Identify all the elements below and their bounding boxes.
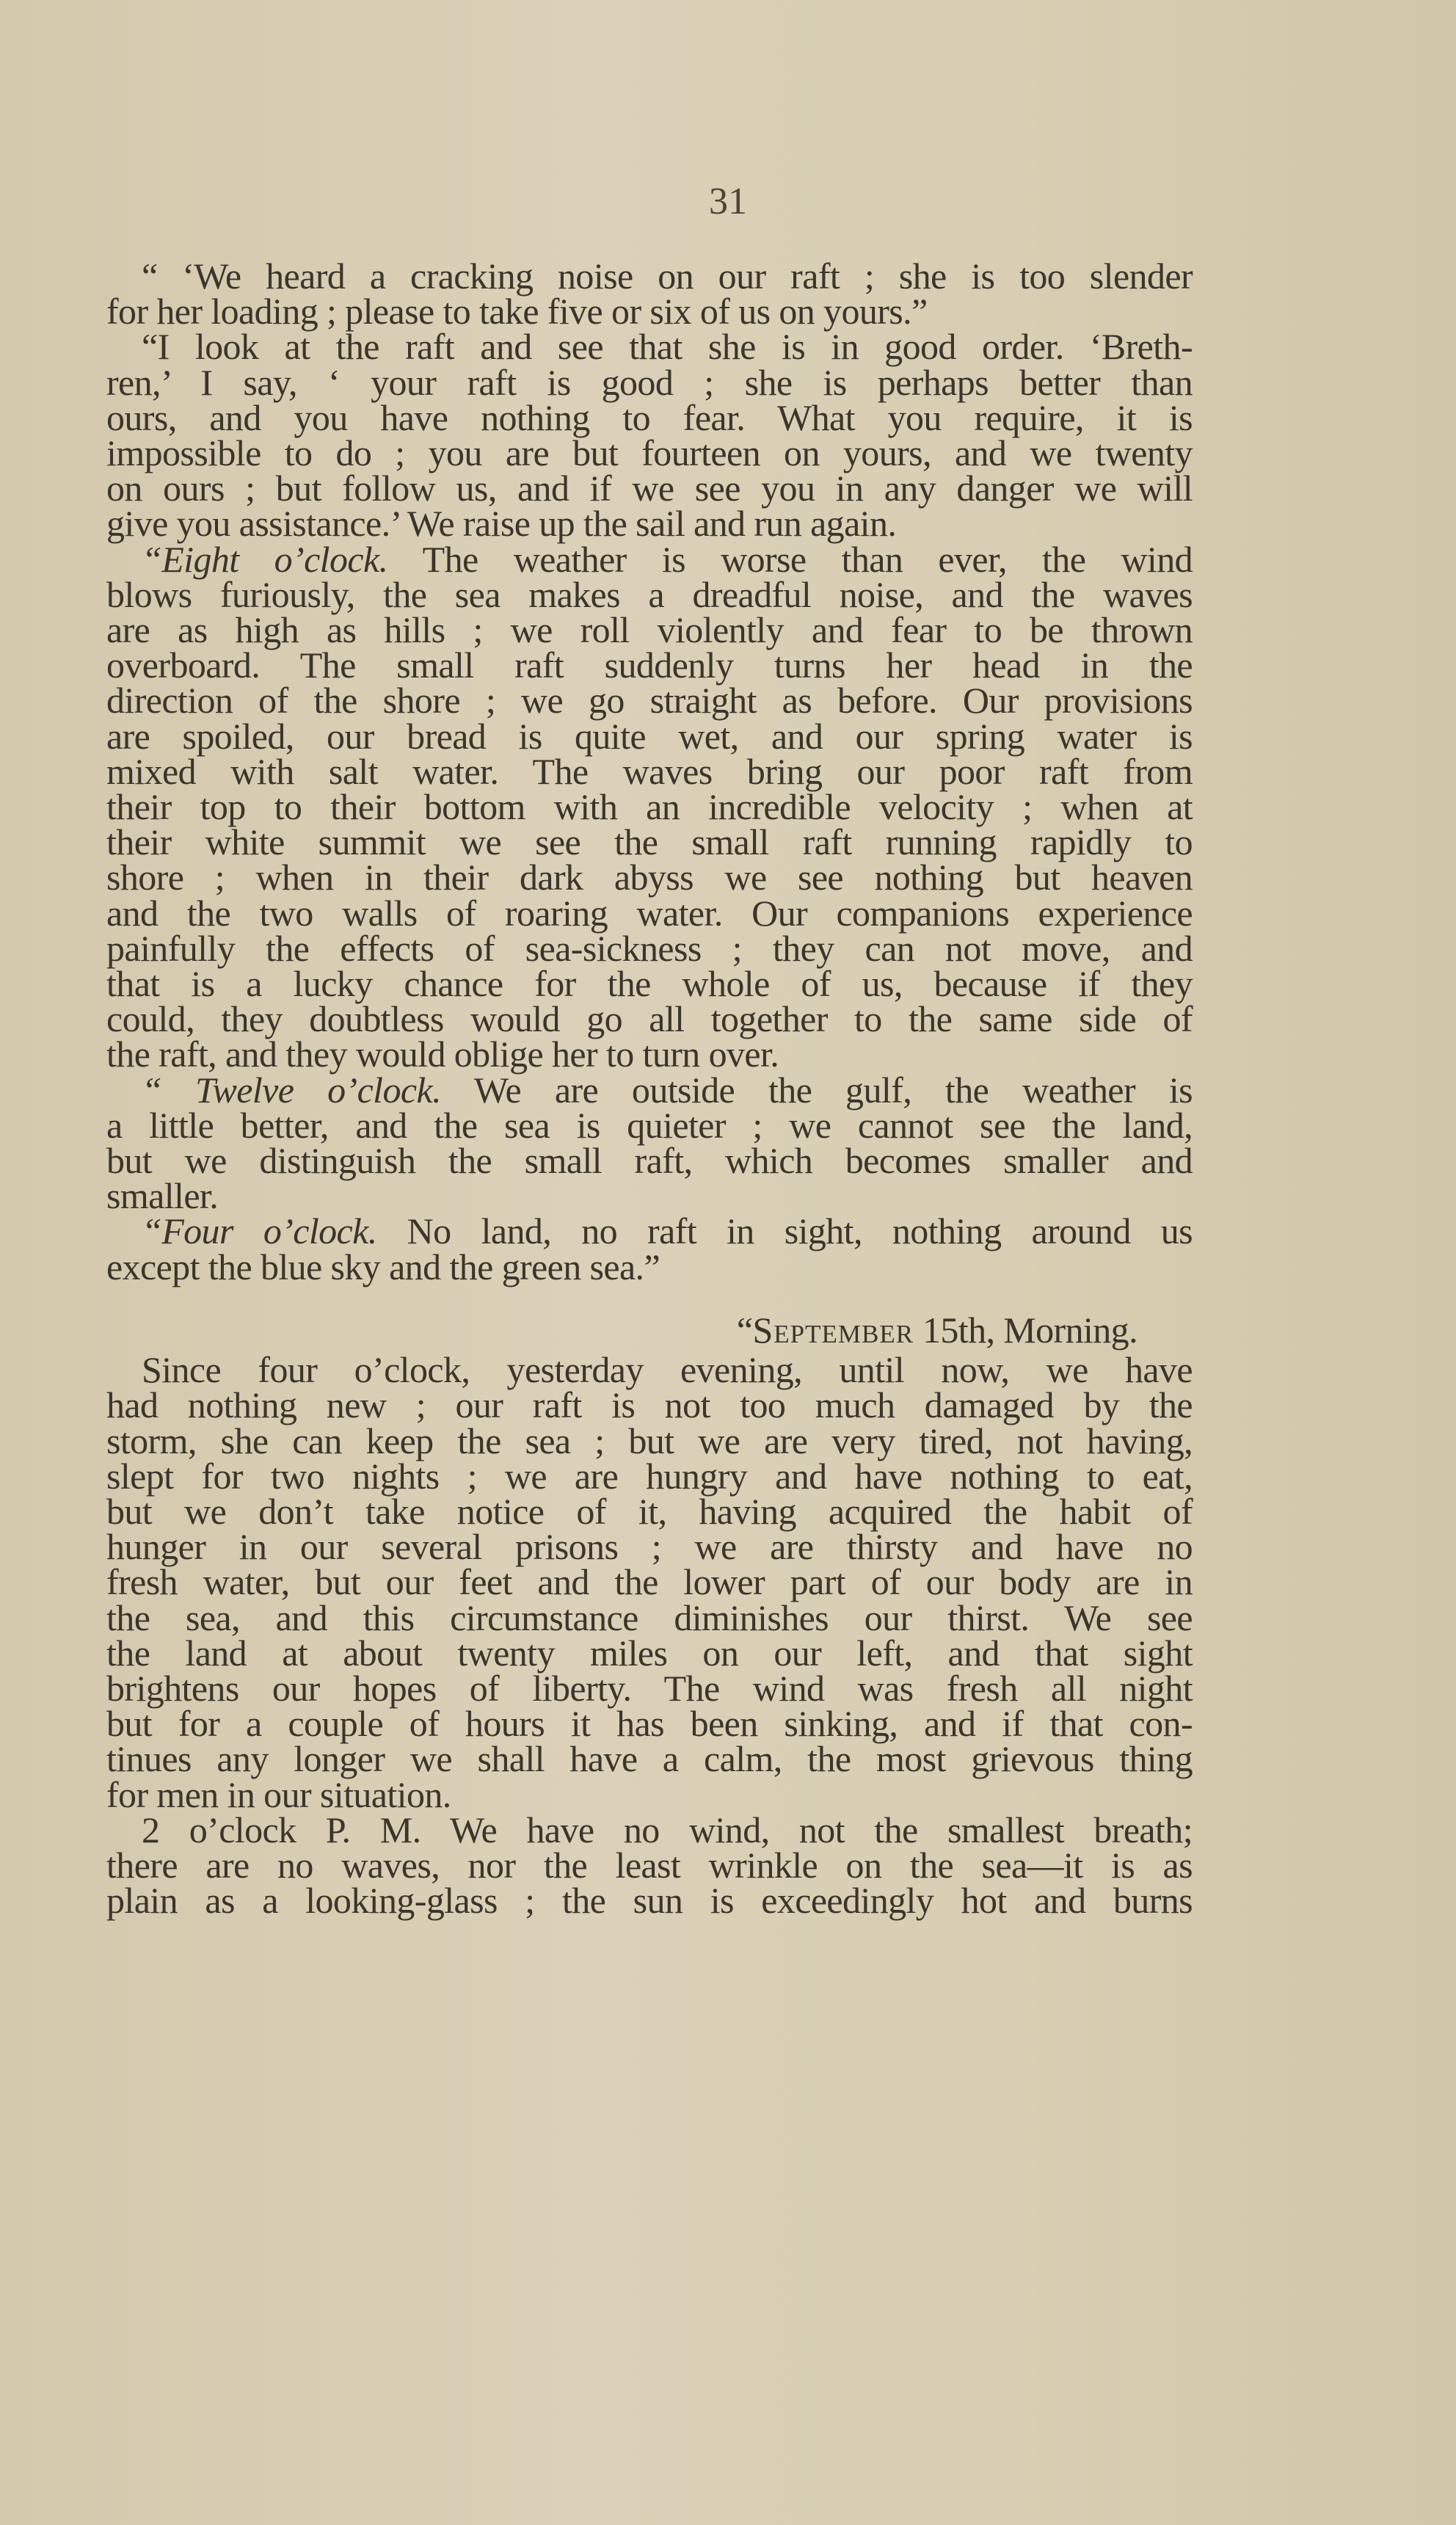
dateline: “September 15th, Morning.: [106, 1312, 1193, 1348]
text-line: slept for two nights ; we are hungry and…: [106, 1458, 1193, 1494]
paragraph: Since four o’clock, yesterday evening, u…: [106, 1352, 1193, 1812]
text-line: tinues any longer we shall have a calm, …: [106, 1741, 1193, 1776]
dateline-month: September: [752, 1309, 914, 1351]
text-line: impossible to do ; you are but fourteen …: [106, 435, 1193, 471]
text-line: plain as a looking-glass ; the sun is ex…: [106, 1883, 1193, 1918]
text-line: their top to their bottom with an incred…: [106, 789, 1193, 824]
text-line: fresh water, but our feet and the lower …: [106, 1564, 1193, 1599]
paragraph-eight-oclock: “Eight o’clock. The weather is worse tha…: [106, 542, 1193, 1072]
text-line: “Four o’clock. No land, no raft in sight…: [106, 1213, 1193, 1249]
text-line: hunger in our several prisons ; we are t…: [106, 1529, 1193, 1564]
text-line: the sea, and this circumstance diminishe…: [106, 1600, 1193, 1635]
text-line: ours, and you have nothing to fear. What…: [106, 400, 1193, 435]
text-line: had nothing new ; our raft is not too mu…: [106, 1387, 1193, 1423]
dateline-quote: “: [737, 1309, 753, 1351]
page-number: 31: [0, 180, 1456, 223]
text-line: are spoiled, our bread is quite wet, and…: [106, 719, 1193, 754]
text-line: there are no waves, nor the least wrinkl…: [106, 1848, 1193, 1883]
text-line: blows furiously, the sea makes a dreadfu…: [106, 577, 1193, 612]
text-line: for her loading ; please to take five or…: [106, 294, 1193, 329]
text-line: but for a couple of hours it has been si…: [106, 1706, 1193, 1741]
text-line: but we don’t take notice of it, having a…: [106, 1494, 1193, 1529]
text-line: painfully the effects of sea-sickness ; …: [106, 931, 1193, 966]
text-line: ren,’ I say, ‘ your raft is good ; she i…: [106, 365, 1193, 400]
paragraph-four-oclock: “Four o’clock. No land, no raft in sight…: [106, 1213, 1193, 1284]
paragraph-twelve-oclock: “ Twelve o’clock. We are outside the gul…: [106, 1072, 1193, 1214]
paragraph-two-oclock: 2 o’clock P. M. We have no wind, not the…: [106, 1812, 1193, 1919]
text-line: that is a lucky chance for the whole of …: [106, 966, 1193, 1001]
text-line: brightens our hopes of liberty. The wind…: [106, 1671, 1193, 1706]
text-line: “ ‘We heard a cracking noise on our raft…: [106, 258, 1193, 294]
text-line: “I look at the raft and see that she is …: [106, 329, 1193, 364]
text-line: are as high as hills ; we roll violently…: [106, 612, 1193, 647]
text-line: mixed with salt water. The waves bring o…: [106, 754, 1193, 789]
text-line: could, they doubtless would go all toget…: [106, 1001, 1193, 1036]
text-line: a little better, and the sea is quieter …: [106, 1108, 1193, 1143]
text-line: and the two walls of roaring water. Our …: [106, 895, 1193, 931]
text-line: 2 o’clock P. M. We have no wind, not the…: [106, 1812, 1193, 1848]
text-line: except the blue sky and the green sea.”: [106, 1249, 1193, 1285]
paragraph: “I look at the raft and see that she is …: [106, 329, 1193, 541]
text-line: Since four o’clock, yesterday evening, u…: [106, 1352, 1193, 1387]
text-line: the land at about twenty miles on our le…: [106, 1635, 1193, 1671]
text-line: smaller.: [106, 1178, 1193, 1213]
text-line: “Eight o’clock. The weather is worse tha…: [106, 542, 1193, 577]
body-text: “ ‘We heard a cracking noise on our raft…: [106, 258, 1193, 1918]
text-line: but we distinguish the small raft, which…: [106, 1143, 1193, 1178]
text-line: direction of the shore ; we go straight …: [106, 683, 1193, 718]
text-line: the raft, and they would oblige her to t…: [106, 1036, 1193, 1072]
text-line: shore ; when in their dark abyss we see …: [106, 860, 1193, 895]
text-line: for men in our situation.: [106, 1777, 1193, 1812]
text-line: overboard. The small raft suddenly turns…: [106, 647, 1193, 683]
text-line: their white summit we see the small raft…: [106, 824, 1193, 860]
text-line: storm, she can keep the sea ; but we are…: [106, 1423, 1193, 1458]
text-line: give you assistance.’ We raise up the sa…: [106, 506, 1193, 541]
text-line: on ours ; but follow us, and if we see y…: [106, 471, 1193, 506]
paragraph: “ ‘We heard a cracking noise on our raft…: [106, 258, 1193, 329]
text-line: “ Twelve o’clock. We are outside the gul…: [106, 1072, 1193, 1108]
dateline-rest: 15th, Morning.: [914, 1309, 1137, 1351]
